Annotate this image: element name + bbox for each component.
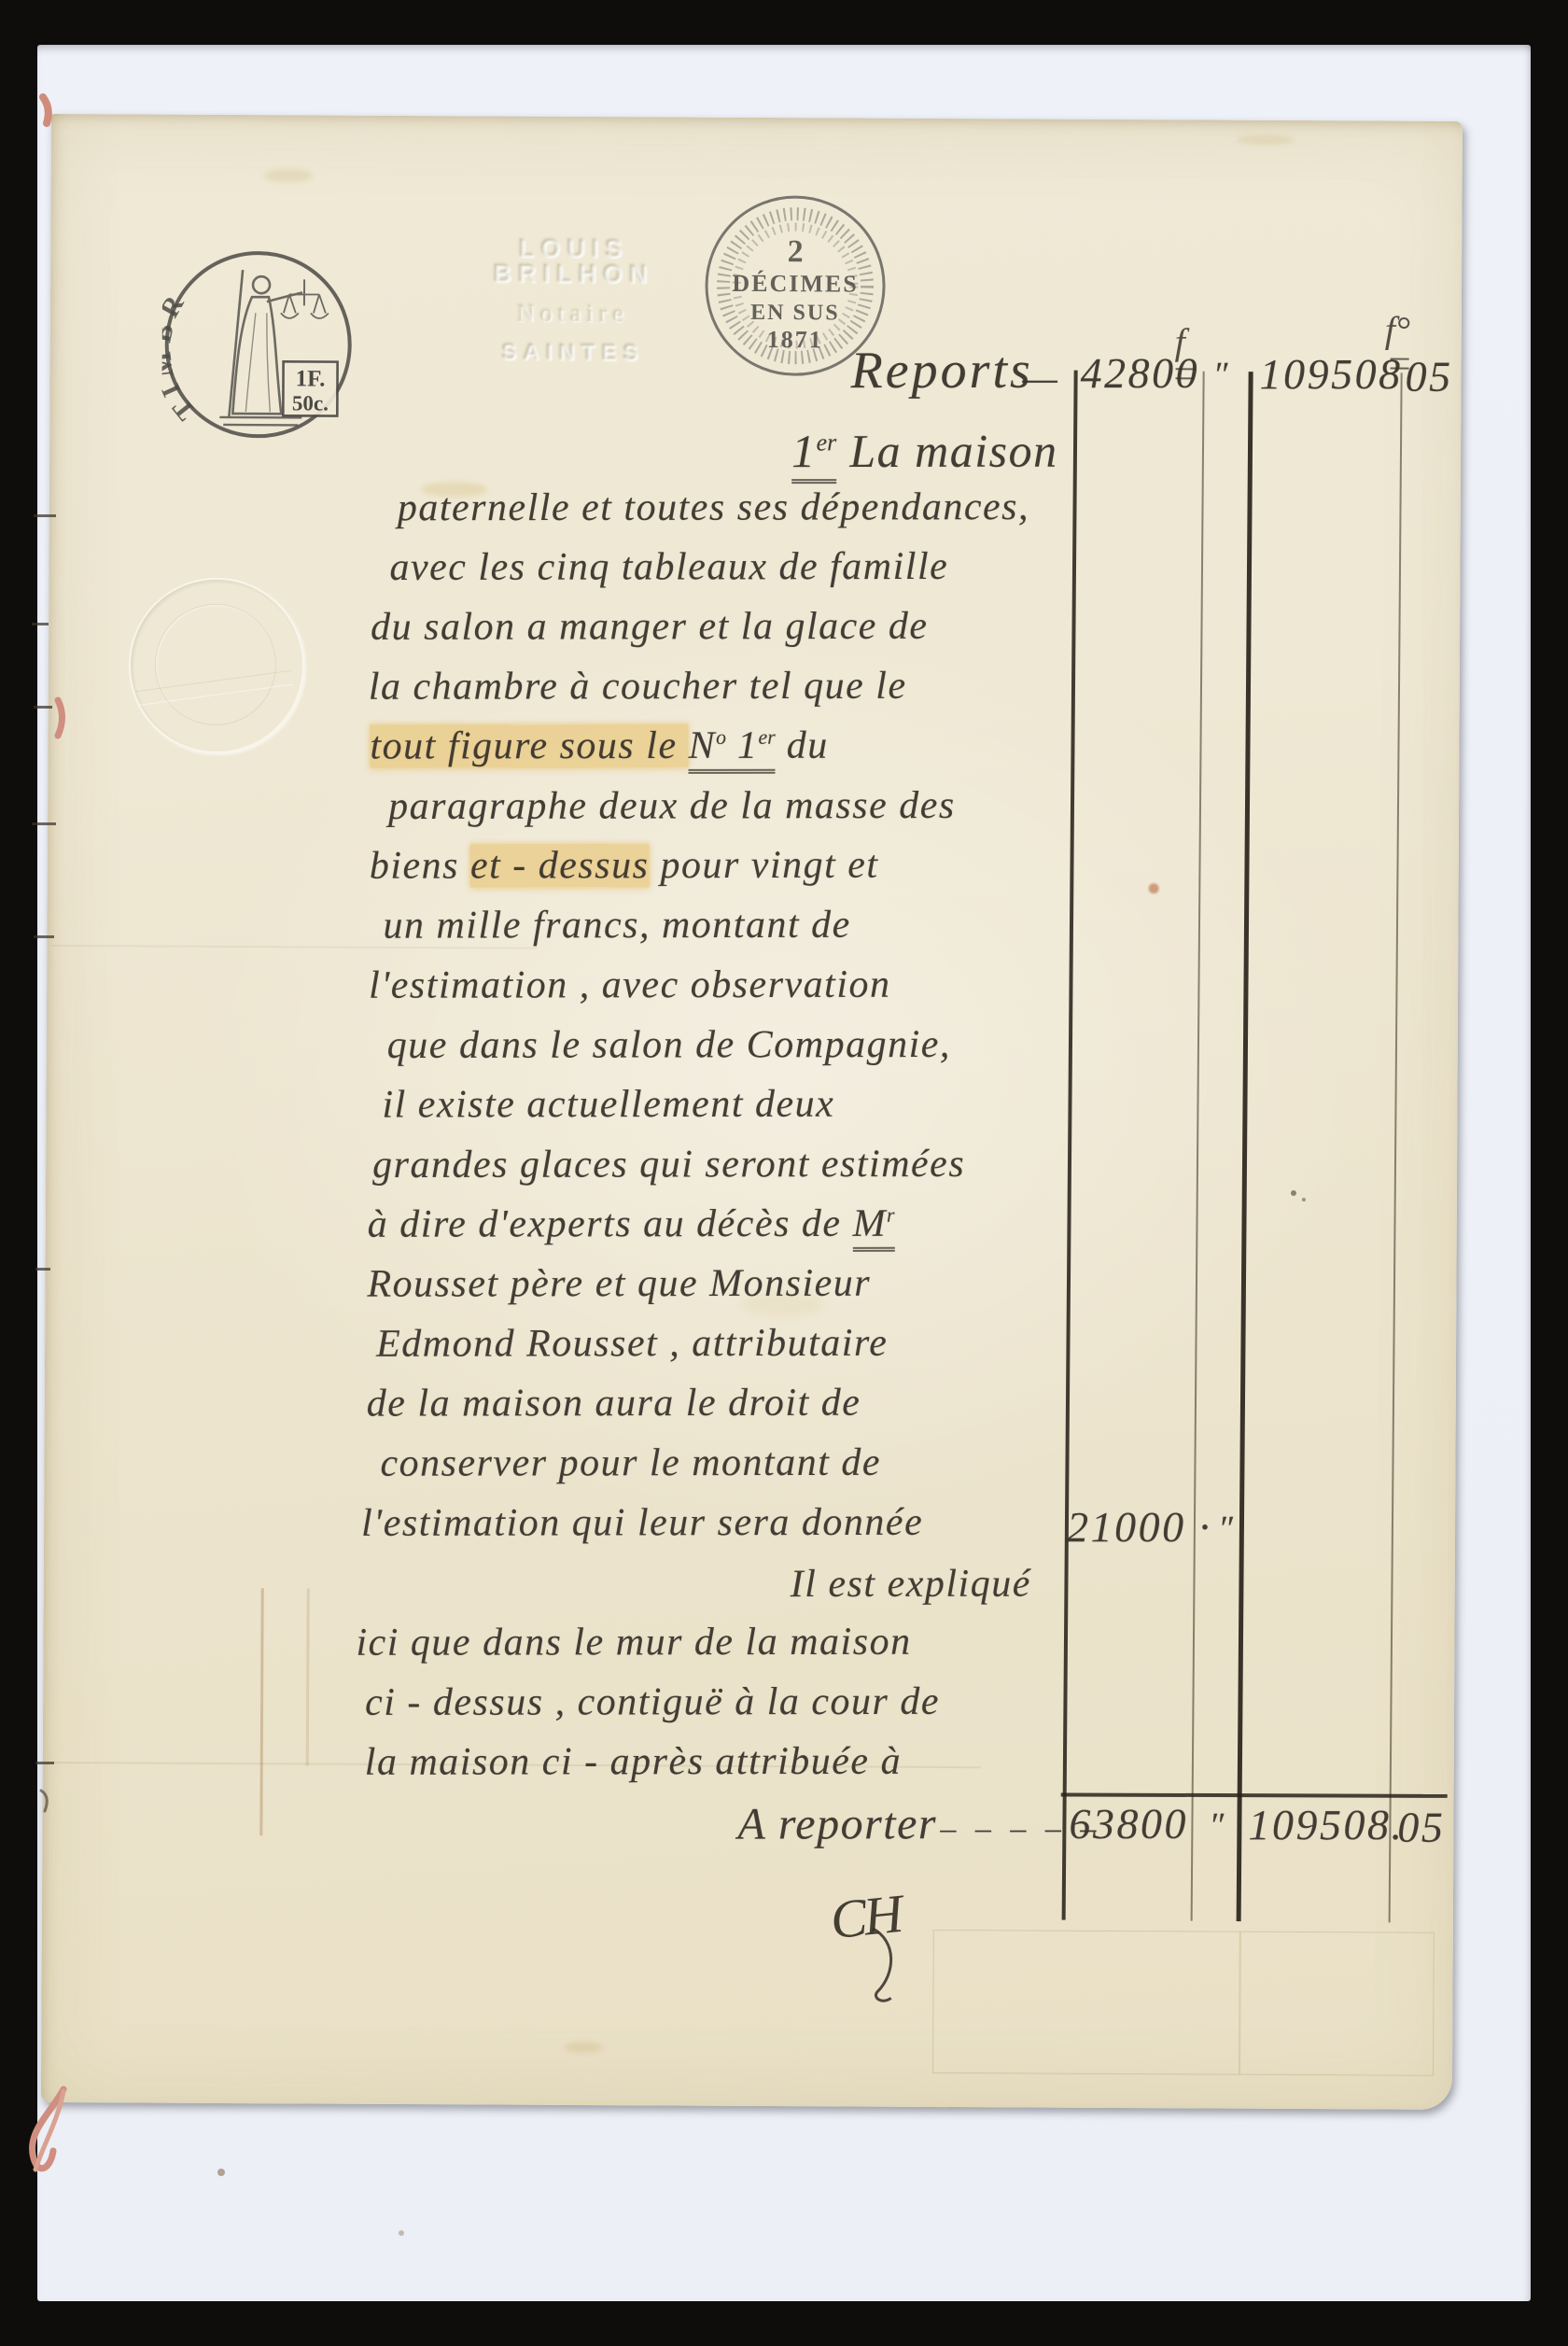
- archival-scan: LOUIS BRILHON Notaire SAINTES TIMBRE: [0, 0, 1568, 2346]
- binding-threads-icon: [0, 0, 1568, 2346]
